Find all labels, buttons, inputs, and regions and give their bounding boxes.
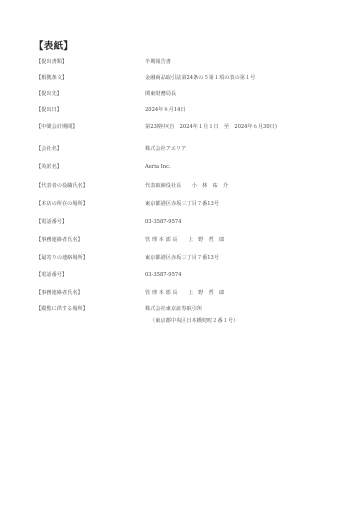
row-value: 2024年８月14日 — [145, 105, 186, 115]
row-value: 株式会社東京証券取引所 — [145, 304, 202, 314]
row-sub-value: （東京都中央区日本橋兜町２番１号） — [150, 316, 238, 326]
row-value: Aeria Inc. — [145, 162, 171, 172]
row-label: 【本店の所在の場所】 — [36, 199, 88, 209]
row-interim-period: 【中間会計期間】 第23期中(自 2024年１月１日 至 2024年６月30日) — [0, 122, 362, 132]
row-value: 第23期中(自 2024年１月１日 至 2024年６月30日) — [145, 122, 277, 132]
row-value: 03-3587-9574 — [145, 270, 182, 280]
row-label: 【会社名】 — [36, 144, 62, 154]
row-contact-person-2: 【事務連絡者氏名】 管 理 本 部 長 上 野 哲 郎 — [0, 288, 362, 298]
row-contact-person: 【事務連絡者氏名】 管 理 本 部 長 上 野 哲 郎 — [0, 235, 362, 245]
page-title: 【表紙】 — [34, 38, 73, 52]
row-value: 金融商品取引法第24条の５第１項の表の第１号 — [145, 73, 255, 83]
row-label: 【根拠条文】 — [36, 73, 67, 83]
row-value: 関東財務局長 — [145, 89, 176, 99]
row-label: 【電話番号】 — [36, 217, 67, 227]
row-company-name: 【会社名】 株式会社アエリア — [0, 144, 362, 154]
row-phone-2: 【電話番号】 03-3587-9574 — [0, 270, 362, 280]
row-label: 【電話番号】 — [36, 270, 67, 280]
row-label: 【代表者の役職氏名】 — [36, 181, 88, 191]
row-document-type: 【提出書類】 半期報告書 — [0, 57, 362, 67]
row-public-inspection: 【縦覧に供する場所】 株式会社東京証券取引所 — [0, 304, 362, 314]
row-label: 【中間会計期間】 — [36, 122, 78, 132]
row-label: 【英訳名】 — [36, 162, 62, 172]
row-submission-date: 【提出日】 2024年８月14日 — [0, 105, 362, 115]
row-value: 株式会社アエリア — [145, 144, 186, 154]
row-phone: 【電話番号】 03-3587-9574 — [0, 217, 362, 227]
row-label: 【提出書類】 — [36, 57, 67, 67]
row-value: 東京都港区赤坂三丁目７番13号 — [145, 253, 219, 263]
row-value: 03-3587-9574 — [145, 217, 182, 227]
row-head-office: 【本店の所在の場所】 東京都港区赤坂三丁目７番13号 — [0, 199, 362, 209]
row-representative: 【代表者の役職氏名】 代表取締役社長 小 林 祐 介 — [0, 181, 362, 191]
row-label: 【提出日】 — [36, 105, 62, 115]
row-public-inspection-address: （東京都中央区日本橋兜町２番１号） — [0, 316, 362, 326]
row-nearest-contact: 【最寄りの連絡場所】 東京都港区赤坂三丁目７番13号 — [0, 253, 362, 263]
row-value: 半期報告書 — [145, 57, 171, 67]
row-label: 【最寄りの連絡場所】 — [36, 253, 88, 263]
row-value: 代表取締役社長 小 林 祐 介 — [145, 181, 228, 191]
row-value: 管 理 本 部 長 上 野 哲 郎 — [145, 235, 224, 245]
row-value: 東京都港区赤坂三丁目７番13号 — [145, 199, 219, 209]
row-label: 【縦覧に供する場所】 — [36, 304, 88, 314]
row-label: 【事務連絡者氏名】 — [36, 235, 83, 245]
row-english-name: 【英訳名】 Aeria Inc. — [0, 162, 362, 172]
row-legal-basis: 【根拠条文】 金融商品取引法第24条の５第１項の表の第１号 — [0, 73, 362, 83]
row-submitted-to: 【提出先】 関東財務局長 — [0, 89, 362, 99]
row-value: 管 理 本 部 長 上 野 哲 郎 — [145, 288, 224, 298]
row-label: 【提出先】 — [36, 89, 62, 99]
row-label: 【事務連絡者氏名】 — [36, 288, 83, 298]
